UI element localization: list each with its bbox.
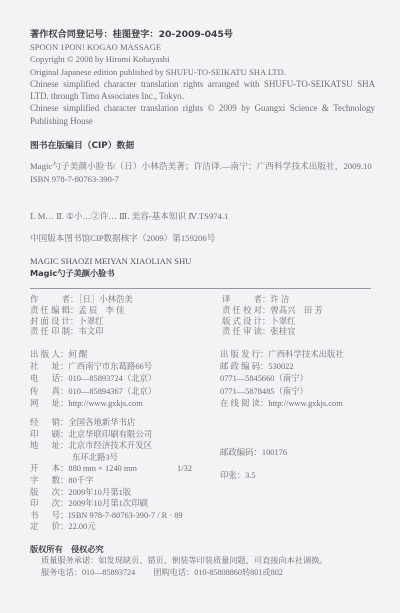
cip-classification: Ⅰ. M… Ⅱ. ①小…②许… Ⅲ. 美容-基本知识 Ⅳ.TS974.1 (30, 210, 375, 222)
printing-value: 北京华联印刷有限公司 (68, 430, 152, 439)
publisher-value: 广西科学技术出版社 (268, 350, 343, 359)
printing-value: 100176 (262, 448, 287, 457)
publisher-value: 010—85894367（北京） (68, 387, 156, 396)
printing-row: 版次：2009年10月第1版 (30, 487, 375, 499)
rights-heading: 版权所有 侵权必究 (30, 544, 375, 555)
service-phone: 服务电话：010—85893724 (41, 568, 135, 577)
credit-value: 卜翠红 (78, 317, 103, 326)
credit-value: 孟 辰 李 佳 (78, 306, 124, 315)
printing-row: 开本：880 mm × 1240 mm 1/32 (30, 463, 375, 475)
cip-isbn: ISBN 978-7-80763-390-7 (30, 173, 375, 186)
rights-block: 版权所有 侵权必究 质量服务承诺：如发现缺页、错页、倒装等印装质量问题，可直接向… (30, 544, 375, 578)
credit-row: 责任印制：韦文印 责任审读：张桂宜 (30, 327, 375, 338)
printing-label: 版次 (30, 487, 60, 499)
publisher-label: 网址 (30, 398, 60, 410)
registration-number: 著作权合同登记号：桂图登字：20-2009-045号 (30, 29, 375, 41)
publisher-online-reading: http://www.gxkjs.com (268, 399, 342, 408)
printing-row: 印刷：北京华联印刷有限公司 (30, 429, 375, 441)
cip-number: 中国版本图书馆CIP数据核字（2009）第159206号 (30, 232, 375, 244)
credit-label: 版式设计 (222, 317, 262, 328)
publisher-value: 何 醒 (68, 350, 87, 359)
publisher-label: 出版发行 (220, 349, 260, 361)
publisher-block: 出版人：何 醒 出版发行：广西科学技术出版社 社址：广西南宁市东葛路66号 邮政… (30, 349, 375, 410)
credit-label: 责任编辑 (30, 306, 70, 317)
divider (30, 288, 371, 289)
publisher-row: 电话：010—85893724（北京） 0771—5845660（南宁） (30, 373, 375, 385)
printing-row: 地址：北京市经济技术开发区 (30, 440, 375, 452)
publisher-value: 530022 (268, 362, 293, 371)
printing-row: 字数：80千字 印张：3.5 (30, 475, 375, 487)
cip-entry: Magic勺子美颜小脸书/（日）小林浩美著；许洁译.—南宁：广西科学技术出版社，… (30, 160, 375, 173)
credit-row: 封面设计：卜翠红 版式设计：卜翠红 (30, 317, 375, 328)
printing-value: 80千字 (68, 476, 93, 485)
printing-label: 经销 (30, 417, 60, 429)
publisher-value: 0771—5845660（南宁） (220, 374, 308, 383)
printing-label: 印次 (30, 498, 60, 510)
printing-label: 书号 (30, 510, 60, 522)
publisher-label: 传真 (30, 386, 60, 398)
printing-label: 印刷 (30, 429, 60, 441)
credit-row: 责任编辑：孟 辰 李 佳 责任校对：曾高兴 田 芳 (30, 306, 375, 317)
title-pinyin: MAGIC SHAOZI MEIYAN XIAOLIAN SHU (30, 255, 375, 267)
publisher-value: 010—85893724（北京） (68, 374, 156, 383)
title-chinese: Magic勺子美颜小脸书 (30, 267, 375, 279)
publisher-label: 邮政编码 (220, 361, 260, 373)
credit-label: 译者 (222, 295, 262, 306)
publisher-label: 出版人 (30, 349, 60, 361)
translation-rights-2009: Chinese simplified character translation… (30, 102, 375, 127)
printing-value: 2009年10月第1次印刷 (68, 499, 148, 508)
printing-value: 880 mm × 1240 mm (68, 464, 136, 473)
title-block: MAGIC SHAOZI MEIYAN XIAOLIAN SHU Magic勺子… (30, 255, 375, 280)
printing-value: 22.00元 (68, 522, 95, 531)
printing-label: 字数 (30, 475, 60, 487)
publisher-row: 网址：http://www.gxkjs.com 在线阅读：http://www.… (30, 398, 375, 410)
copyright-line: Copyright © 2008 by Hiromi Kobayashi (30, 53, 375, 65)
credit-label: 责任校对 (222, 306, 262, 317)
copyright-block: 著作权合同登记号：桂图登字：20-2009-045号 SPOON 1PON! K… (30, 29, 375, 127)
translation-rights: Chinese simplified character translation… (30, 78, 375, 103)
printing-value: 全国各地新华书店 (68, 418, 135, 427)
printing-value: 东环北路3号 (72, 452, 118, 464)
credit-value: 张桂宜 (270, 327, 295, 336)
cip-section: 图书在版编目（CIP）数据 (30, 140, 375, 152)
group-phone: 团购电话：010-85808860转801或802 (153, 568, 283, 577)
printing-row: 定价：22.00元 (30, 521, 375, 533)
publisher-label: 社址 (30, 361, 60, 373)
cip-heading: 图书在版编目（CIP）数据 (30, 140, 375, 152)
credit-label: 封面设计 (30, 317, 70, 328)
cip-number-block: 中国版本图书馆CIP数据核字（2009）第159206号 (30, 232, 375, 244)
printing-label: 定价 (30, 521, 60, 533)
credit-row: 作者：［日］小林浩美 译者：许 洁 (30, 295, 375, 306)
printing-label: 印张 (220, 471, 237, 480)
phone-line: 服务电话：010—85893724 团购电话：010-85808860转801或… (30, 567, 375, 579)
publisher-row: 社址：广西南宁市东葛路66号 邮政编码：530022 (30, 361, 375, 373)
original-title: SPOON 1PON! KOGAO MASSAGE (30, 41, 375, 53)
publisher-value: 广西南宁市东葛路66号 (68, 362, 152, 371)
publisher-website: http://www.gxkjs.com (68, 399, 142, 408)
original-edition: Original Japanese edition published by S… (30, 66, 375, 78)
printing-row: 经销：全国各地新华书店 (30, 417, 375, 429)
credit-value: 曾高兴 田 芳 (270, 306, 322, 315)
publisher-label: 在线阅读 (220, 398, 260, 410)
printing-value: 北京市经济技术开发区 (68, 441, 152, 450)
credit-label: 责任印制 (30, 327, 70, 338)
publisher-row: 传真：010—85894367（北京） 0771—5878485（南宁） (30, 386, 375, 398)
credit-value: 许 洁 (270, 295, 289, 304)
publisher-label: 电话 (30, 373, 60, 385)
credit-value: ［日］小林浩美 (78, 295, 132, 304)
printing-value: 2009年10月第1版 (68, 488, 131, 497)
credits-block: 作者：［日］小林浩美 译者：许 洁 责任编辑：孟 辰 李 佳 责任校对：曾高兴 … (30, 295, 375, 338)
printing-block: 经销：全国各地新华书店 印刷：北京华联印刷有限公司 地址：北京市经济技术开发区 … (30, 417, 375, 533)
cip-classification-block: Ⅰ. M… Ⅱ. ①小…②许… Ⅲ. 美容-基本知识 Ⅳ.TS974.1 (30, 210, 375, 222)
printing-value: 3.5 (245, 471, 255, 480)
printing-row: 印次：2009年10月第1次印刷 (30, 498, 375, 510)
printing-value: 1/32 (177, 463, 192, 475)
credit-value: 韦文印 (78, 327, 103, 336)
printing-row: 书号：ISBN 978-7-80763-390-7 / R · 89 (30, 510, 375, 522)
publisher-value: 0771—5878485（南宁） (220, 387, 308, 396)
printing-value: ISBN 978-7-80763-390-7 / R · 89 (68, 511, 182, 520)
quality-promise: 质量服务承诺：如发现缺页、错页、倒装等印装质量问题，可直接向本社调换。 (30, 555, 375, 567)
printing-label: 开本 (30, 463, 60, 475)
credit-label: 作者 (30, 295, 70, 306)
printing-label: 地址 (30, 440, 60, 452)
cip-entry-block: Magic勺子美颜小脸书/（日）小林浩美著；许洁译.—南宁：广西科学技术出版社，… (30, 160, 375, 186)
publisher-row: 出版人：何 醒 出版发行：广西科学技术出版社 (30, 349, 375, 361)
printing-label: 邮政编码 (220, 448, 254, 457)
credit-value: 卜翠红 (270, 317, 295, 326)
printing-row: 东环北路3号 邮政编码：100176 (30, 452, 375, 464)
credit-label: 责任审读 (222, 327, 262, 338)
